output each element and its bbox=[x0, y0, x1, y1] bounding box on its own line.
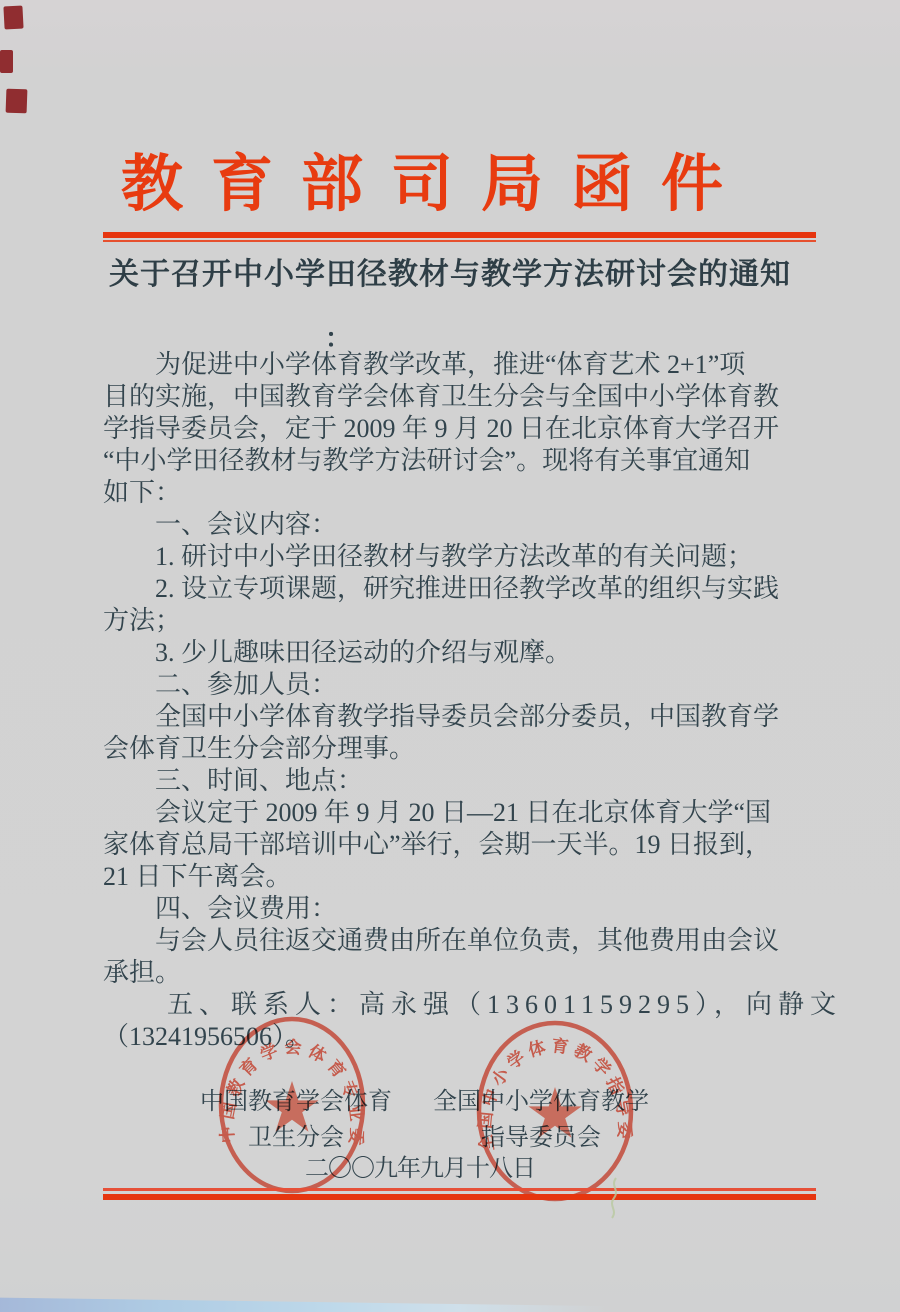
divider-thin-line bbox=[103, 240, 816, 242]
body-line: 与会人员往返交通费由所在单位负责，其他费用由会议 bbox=[103, 925, 809, 957]
body-line: 会议定于 2009 年 9 月 20 日—21 日在北京体育大学“国 bbox=[103, 797, 809, 829]
body-line: 四、会议费用： bbox=[103, 893, 809, 925]
body-line-contacts: 五、联系人：高永强（13601159295），向静文 bbox=[103, 989, 809, 1021]
left-seal-star-icon bbox=[265, 1081, 318, 1132]
body-line: 家体育总局干部培训中心”举行，会期一天半。19 日报到， bbox=[103, 829, 809, 861]
divider-thick-line bbox=[103, 232, 816, 238]
scan-mark-2 bbox=[0, 50, 13, 73]
body-line: 3. 少儿趣味田径运动的介绍与观摩。 bbox=[103, 637, 809, 669]
body-line: 目的实施，中国教育学会体育卫生分会与全国中小学体育教 bbox=[103, 381, 809, 413]
body-line: 如下： bbox=[103, 477, 809, 509]
body-line: 方法； bbox=[103, 605, 809, 637]
svg-text:全国中小学体育教学指导委员会: 全国中小学体育教学指导委员会 bbox=[470, 1013, 635, 1153]
left-official-seal: 中国教育学会体育专业委员会 bbox=[212, 1009, 372, 1201]
footer-divider bbox=[103, 1188, 816, 1200]
svg-text:中国教育学会体育专业委员会: 中国教育学会体育专业委员会 bbox=[212, 1009, 368, 1152]
pen-squiggle-mark bbox=[600, 1176, 630, 1220]
body-line: 会体育卫生分会部分理事。 bbox=[103, 733, 809, 765]
body-line: 学指导委员会，定于 2009 年 9 月 20 日在北京体育大学召开 bbox=[103, 413, 809, 445]
right-seal-arc-text: 全国中小学体育教学指导委员会 bbox=[470, 1013, 635, 1153]
document-header: 教育部司局函件 bbox=[0, 134, 886, 223]
header-divider bbox=[103, 232, 816, 242]
body-line: 承担。 bbox=[103, 957, 809, 989]
scan-mark-3 bbox=[6, 89, 28, 114]
scan-edge-artifact bbox=[0, 1296, 740, 1312]
document-title: 关于召开中小学田径教材与教学方法研讨会的通知 bbox=[0, 249, 900, 293]
body-line: 二、参加人员： bbox=[103, 669, 809, 701]
body-line: “中小学田径教材与教学方法研讨会”。现将有关事宜通知 bbox=[103, 445, 809, 477]
body-line: 1. 研讨中小学田径教材与教学方法改革的有关问题； bbox=[103, 541, 809, 573]
body-line: 21 日下午离会。 bbox=[103, 861, 809, 893]
body-line: 2. 设立专项课题，研究推进田径教学改革的组织与实践 bbox=[103, 573, 809, 605]
body-line: 为促进中小学体育教学改革，推进“体育艺术 2+1”项 bbox=[103, 349, 809, 381]
right-seal-star-icon bbox=[528, 1087, 581, 1138]
divider-thin-line bbox=[103, 1188, 816, 1191]
left-seal-arc-text: 中国教育学会体育专业委员会 bbox=[212, 1009, 368, 1152]
divider-thick-line bbox=[103, 1194, 816, 1200]
body-line: 一、会议内容： bbox=[103, 509, 809, 541]
body-line: 三、时间、地点： bbox=[103, 765, 809, 797]
document-page: 教育部司局函件 关于召开中小学田径教材与教学方法研讨会的通知 ： 为促进中小学体… bbox=[0, 0, 900, 1312]
body-line: 全国中小学体育教学指导委员会部分委员，中国教育学 bbox=[103, 701, 809, 733]
body-line: （13241956506）。 bbox=[103, 1021, 809, 1053]
document-body: 为促进中小学体育教学改革，推进“体育艺术 2+1”项 目的实施，中国教育学会体育… bbox=[103, 349, 809, 1053]
scan-mark-1 bbox=[3, 6, 23, 30]
